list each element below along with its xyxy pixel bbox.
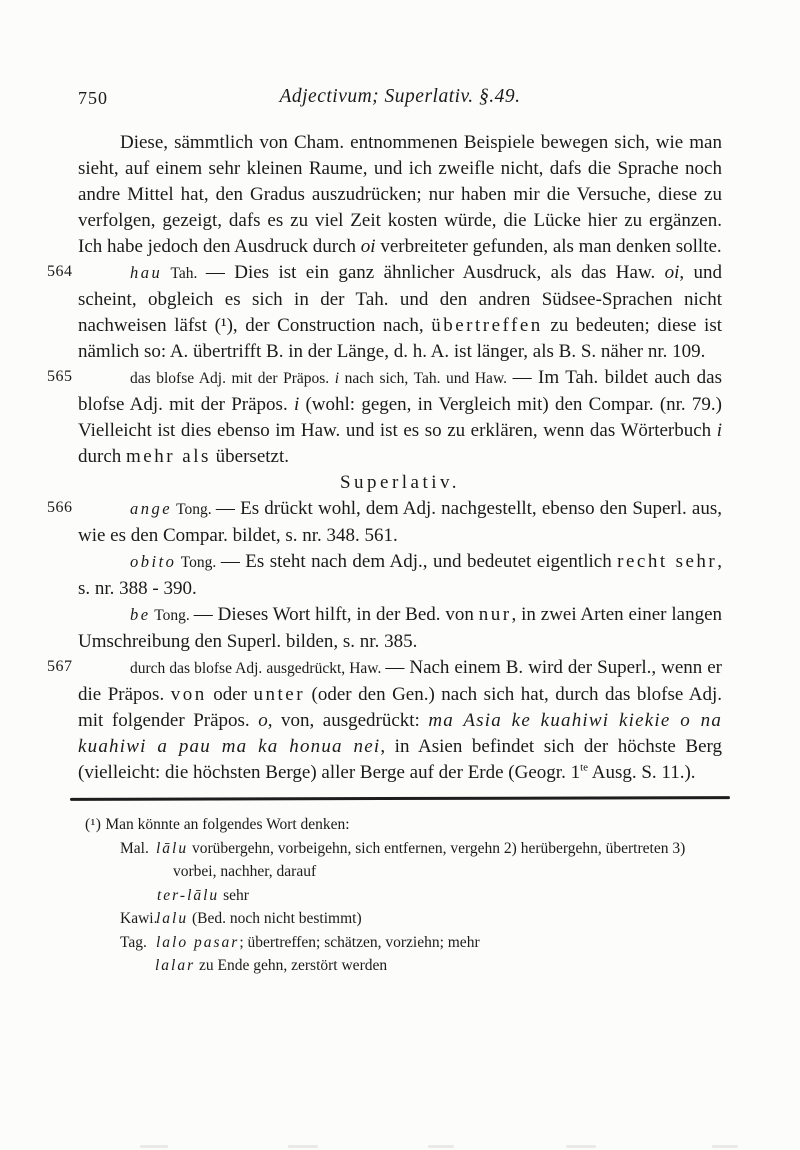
footnote-divider-rule (70, 796, 730, 801)
footnote-term-lalo-pasar: lalo pasar (156, 934, 239, 951)
language-abbr-tong-2: Tong. (176, 554, 220, 571)
paragraph-564-text: hau Tah. — Dies ist ein ganz ähnlicher A… (78, 260, 722, 365)
p565-italic-i-2: i (717, 420, 722, 441)
paragraph-565: 565 das blofse Adj. mit der Präpos. i na… (78, 365, 722, 470)
footnote-term-lalu-kawi: lalu (156, 910, 188, 927)
p565-keyword-2: nach sich, Tah. und Haw. (339, 370, 513, 387)
paragraph-566-text: ange Tong. — Es drückt wohl, dem Adj. na… (78, 496, 722, 549)
footnote-entry-terlalu: ter-lālu sehr (157, 884, 722, 908)
paragraph-be: be Tong. — Dieses Wort hilft, in der Bed… (78, 602, 722, 655)
term-ange: ange (130, 499, 172, 518)
scan-edge-artifact (712, 1145, 738, 1148)
be-spaced-nur: nur (479, 604, 512, 625)
footnote-label-kawi: Kawi. (120, 907, 156, 931)
page-number: 750 (78, 88, 108, 109)
p567-spaced-von: von (171, 684, 207, 705)
footnote-def-terlalu: sehr (219, 887, 249, 904)
p567-superscript-te: te (580, 762, 588, 774)
term-be: be (130, 605, 151, 624)
intro-italic-oi: oi (361, 236, 376, 257)
paragraph-intro: Diese, sämmtlich von Cham. entnommenen B… (78, 130, 722, 260)
obito-text-1: — Es steht nach dem Adj., und bedeutet e… (221, 551, 617, 572)
term-hau: hau (130, 263, 162, 282)
body-text: Diese, sämmtlich von Cham. entnommenen B… (78, 130, 722, 978)
footnote-entry-kawi: Kawi.lalu (Bed. noch nicht bestimmt) (120, 907, 722, 931)
scan-edge-artifact (140, 1145, 168, 1148)
scanned-book-page: 750 Adjectivum; Superlativ. §.49. Diese,… (0, 0, 800, 1150)
p567-text-2: oder (207, 684, 254, 705)
p564-text-1: — Dies ist ein ganz ähnlicher Ausdruck, … (206, 262, 665, 283)
scan-edge-artifact (428, 1145, 454, 1148)
p567-text-6: Ausg. S. 11.). (588, 762, 696, 783)
p567-spaced-unter: unter (253, 684, 305, 705)
language-abbr-tah: Tah. (162, 265, 206, 282)
scan-edge-artifact (566, 1145, 596, 1148)
footnote-def-kawi: (Bed. noch nicht bestimmt) (188, 910, 361, 927)
footnote-def-lalar: zu Ende gehn, zerstört werden (195, 957, 387, 974)
footnote-term-terlalu: ter-lālu (157, 887, 219, 904)
p564-italic-oi: oi (665, 262, 680, 283)
footnote-label-tag: Tag. (120, 931, 156, 955)
footnote-reference-mark: (¹) (85, 816, 101, 833)
footnote-section: (¹) Man könnte an folgendes Wort denken:… (85, 813, 722, 978)
paragraph-567: 567 durch das blofse Adj. ausgedrückt, H… (78, 655, 722, 786)
margin-number-565: 565 (47, 368, 73, 386)
margin-number-566: 566 (47, 499, 73, 517)
p567-italic-o: o (258, 710, 268, 731)
footnote-label-mal: Mal. (120, 837, 156, 861)
page-content: 750 Adjectivum; Superlativ. §.49. Diese,… (78, 86, 722, 978)
footnote-def-tag: ; übertreffen; schätzen, vorziehn; mehr (239, 934, 479, 951)
footnote-entry-lalar: lalar zu Ende gehn, zerstört werden (155, 954, 722, 978)
footnote-intro-text: Man könnte an folgendes Wort denken: (101, 816, 349, 833)
paragraph-obito: obito Tong. — Es steht nach dem Adj., un… (78, 549, 722, 602)
margin-number-567: 567 (47, 658, 73, 676)
p567-text-4: , von, ausgedrückt: (268, 710, 429, 731)
footnote-entry-tag: Tag.lalo pasar; übertreffen; schätzen, v… (120, 931, 722, 955)
footnote-term-lalar: lalar (155, 957, 195, 974)
footnote-def-mal: vorübergehn, vorbeigehn, sich entfernen,… (173, 840, 685, 881)
page-header: 750 Adjectivum; Superlativ. §.49. (78, 86, 722, 114)
paragraph-565-text: das blofse Adj. mit der Präpos. i nach s… (78, 365, 722, 470)
footnote-line-1: (¹) Man könnte an folgendes Wort denken: (85, 813, 722, 837)
margin-number-564: 564 (47, 263, 73, 281)
section-heading-superlativ: Superlativ. (78, 470, 722, 496)
paragraph-567-text: durch das blofse Adj. ausgedrückt, Haw. … (78, 655, 722, 786)
intro-text-2: verbreiteter gefunden, als man denken so… (376, 236, 722, 257)
obito-spaced-recht-sehr: recht sehr (617, 551, 717, 572)
be-text-1: — Dieses Wort hilft, in der Bed. von (194, 604, 479, 625)
paragraph-obito-text: obito Tong. — Es steht nach dem Adj., un… (78, 549, 722, 602)
footnote-term-lalu-mal: lālu (156, 840, 188, 857)
paragraph-566: 566 ange Tong. — Es drückt wohl, dem Adj… (78, 496, 722, 549)
p565-text-4: übersetzt. (211, 446, 289, 467)
p565-keyword-1: das blofse Adj. mit der Präpos. (130, 370, 335, 387)
p565-spaced-mehr-als: mehr als (126, 446, 211, 467)
term-obito: obito (130, 552, 176, 571)
language-abbr-tong-3: Tong. (151, 607, 194, 624)
p567-keyword-1: durch das blofse Adj. ausgedrückt, Haw. (130, 660, 385, 677)
paragraph-564: 564 hau Tah. — Dies ist ein ganz ähnlich… (78, 260, 722, 365)
footnote-entry-mal: Mal.lālu vorübergehn, vorbeigehn, sich e… (120, 837, 722, 884)
scan-edge-artifact (288, 1145, 318, 1148)
running-title: Adjectivum; Superlativ. §.49. (78, 86, 722, 108)
p565-text-3: durch (78, 446, 126, 467)
paragraph-be-text: be Tong. — Dieses Wort hilft, in der Bed… (78, 602, 722, 655)
language-abbr-tong-1: Tong. (172, 501, 216, 518)
p564-spaced-uebertreffen: übertreffen (431, 315, 543, 336)
